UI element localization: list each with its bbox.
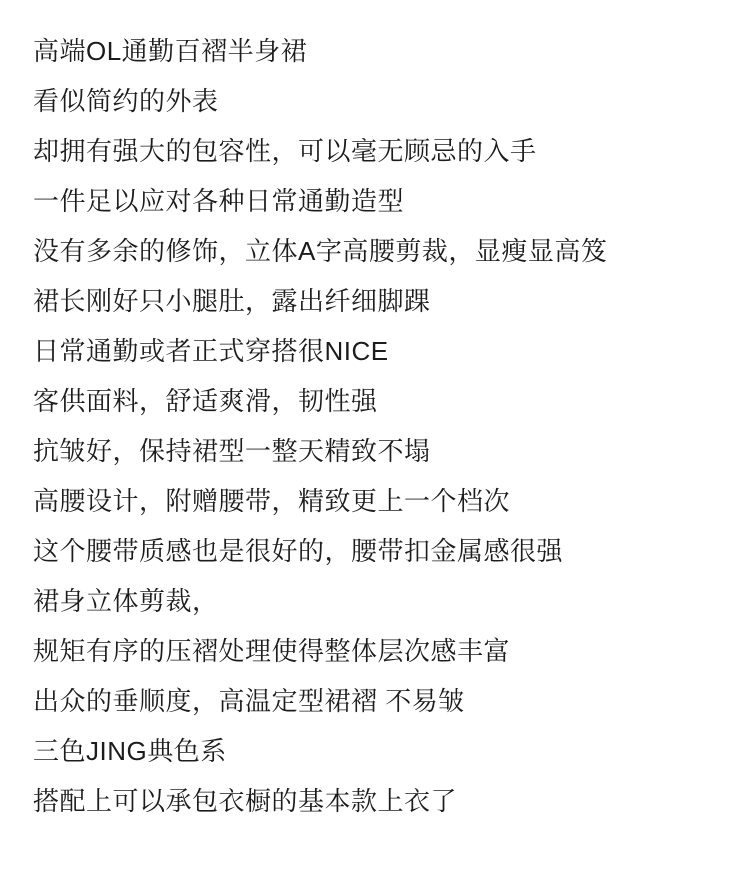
text-line: 日常通勤或者正式穿搭很NICE [33, 326, 730, 376]
text-line: 没有多余的修饰，立体A字高腰剪裁，显瘦显高笈 [33, 226, 730, 276]
product-description-document: 高端OL通勤百褶半身裙 看似简约的外表 却拥有强大的包容性，可以毫无顾忌的入手 … [0, 0, 750, 881]
text-line: 出众的垂顺度，高温定型裙褶 不易皱 [33, 676, 730, 726]
text-line: 裙身立体剪裁， [33, 576, 730, 626]
text-line: 高腰设计，附赠腰带，精致更上一个档次 [33, 476, 730, 526]
text-line: 三色JING典色系 [33, 726, 730, 776]
text-line: 裙长刚好只小腿肚，露出纤细脚踝 [33, 276, 730, 326]
text-line: 客供面料，舒适爽滑，韧性强 [33, 376, 730, 426]
text-line: 规矩有序的压褶处理使得整体层次感丰富 [33, 626, 730, 676]
text-line: 这个腰带质感也是很好的，腰带扣金属感很强 [33, 526, 730, 576]
text-line: 却拥有强大的包容性，可以毫无顾忌的入手 [33, 126, 730, 176]
text-line: 看似简约的外表 [33, 76, 730, 126]
text-line: 一件足以应对各种日常通勤造型 [33, 176, 730, 226]
text-line-title: 高端OL通勤百褶半身裙 [33, 26, 730, 76]
text-line: 搭配上可以承包衣橱的基本款上衣了 [33, 776, 730, 826]
text-line: 抗皱好，保持裙型一整天精致不塌 [33, 426, 730, 476]
